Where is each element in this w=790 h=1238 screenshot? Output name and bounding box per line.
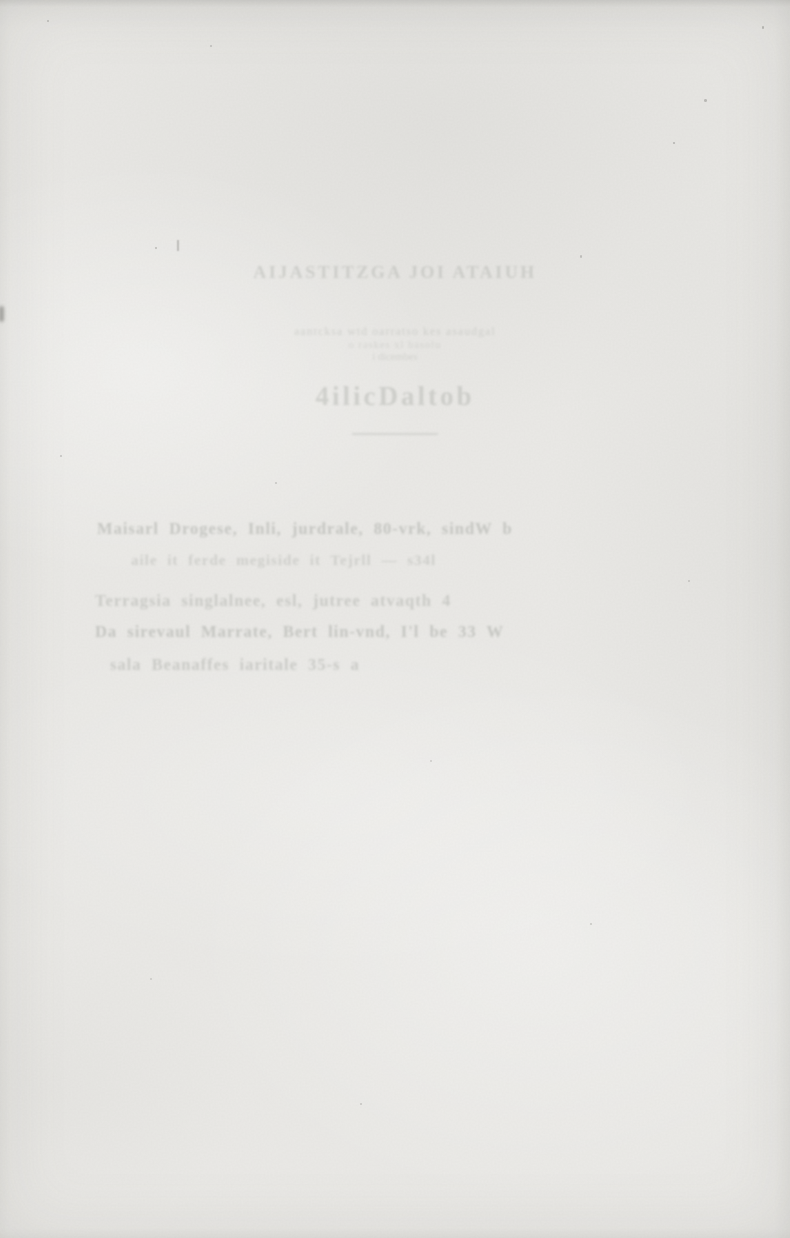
dust-speck xyxy=(275,482,277,484)
ghost-subtitle-line2-showthrough: o raskes xl basolu xyxy=(0,340,790,351)
dust-speck xyxy=(210,45,212,47)
dust-speck xyxy=(580,255,582,258)
ghost-title-showthrough: AIJASTITZGA JOI ATAIUH xyxy=(0,262,790,283)
dust-speck xyxy=(590,923,592,925)
ghost-list-line: Da sirevaul Marrate, Bert lin-vnd, I'l b… xyxy=(95,622,504,642)
dust-speck xyxy=(47,20,49,22)
dust-speck xyxy=(360,1103,362,1105)
ghost-list-line: sala Beanaffes iaritale 35-s a xyxy=(110,655,360,675)
ghost-script-word-showthrough: 4ilicDaltob xyxy=(0,381,790,412)
dust-speck xyxy=(60,455,62,457)
paper-grain-texture xyxy=(0,0,790,1238)
stray-pen-tick xyxy=(177,240,179,251)
ghost-list-line: aile it ferde megiside it Tejrll — s34l xyxy=(131,553,436,570)
ghost-list-line: Maisarl Drogese, Inli, jurdrale, 80-vrk,… xyxy=(97,519,513,539)
ghost-list-line: Terragsia singlalnee, esl, jutree atvaqt… xyxy=(95,591,451,611)
dust-speck xyxy=(762,26,764,29)
scanned-page: AIJASTITZGA JOI ATAIUH aantcksa wtd oarr… xyxy=(0,0,790,1238)
dust-speck xyxy=(150,978,152,980)
ghost-subtitle-line1-showthrough: aantcksa wtd oarratso kes asaudgal xyxy=(0,326,790,338)
ghost-divider-rule-showthrough xyxy=(352,433,438,435)
dust-speck xyxy=(430,760,432,762)
paper-mottling-shading xyxy=(0,0,790,1238)
dust-speck xyxy=(673,142,675,144)
dust-speck xyxy=(155,247,157,249)
dust-speck xyxy=(688,580,690,582)
ghost-small-word-showthrough: i dicembes xyxy=(0,352,790,363)
edge-ink-smudge xyxy=(0,306,4,322)
dust-speck xyxy=(704,99,707,102)
